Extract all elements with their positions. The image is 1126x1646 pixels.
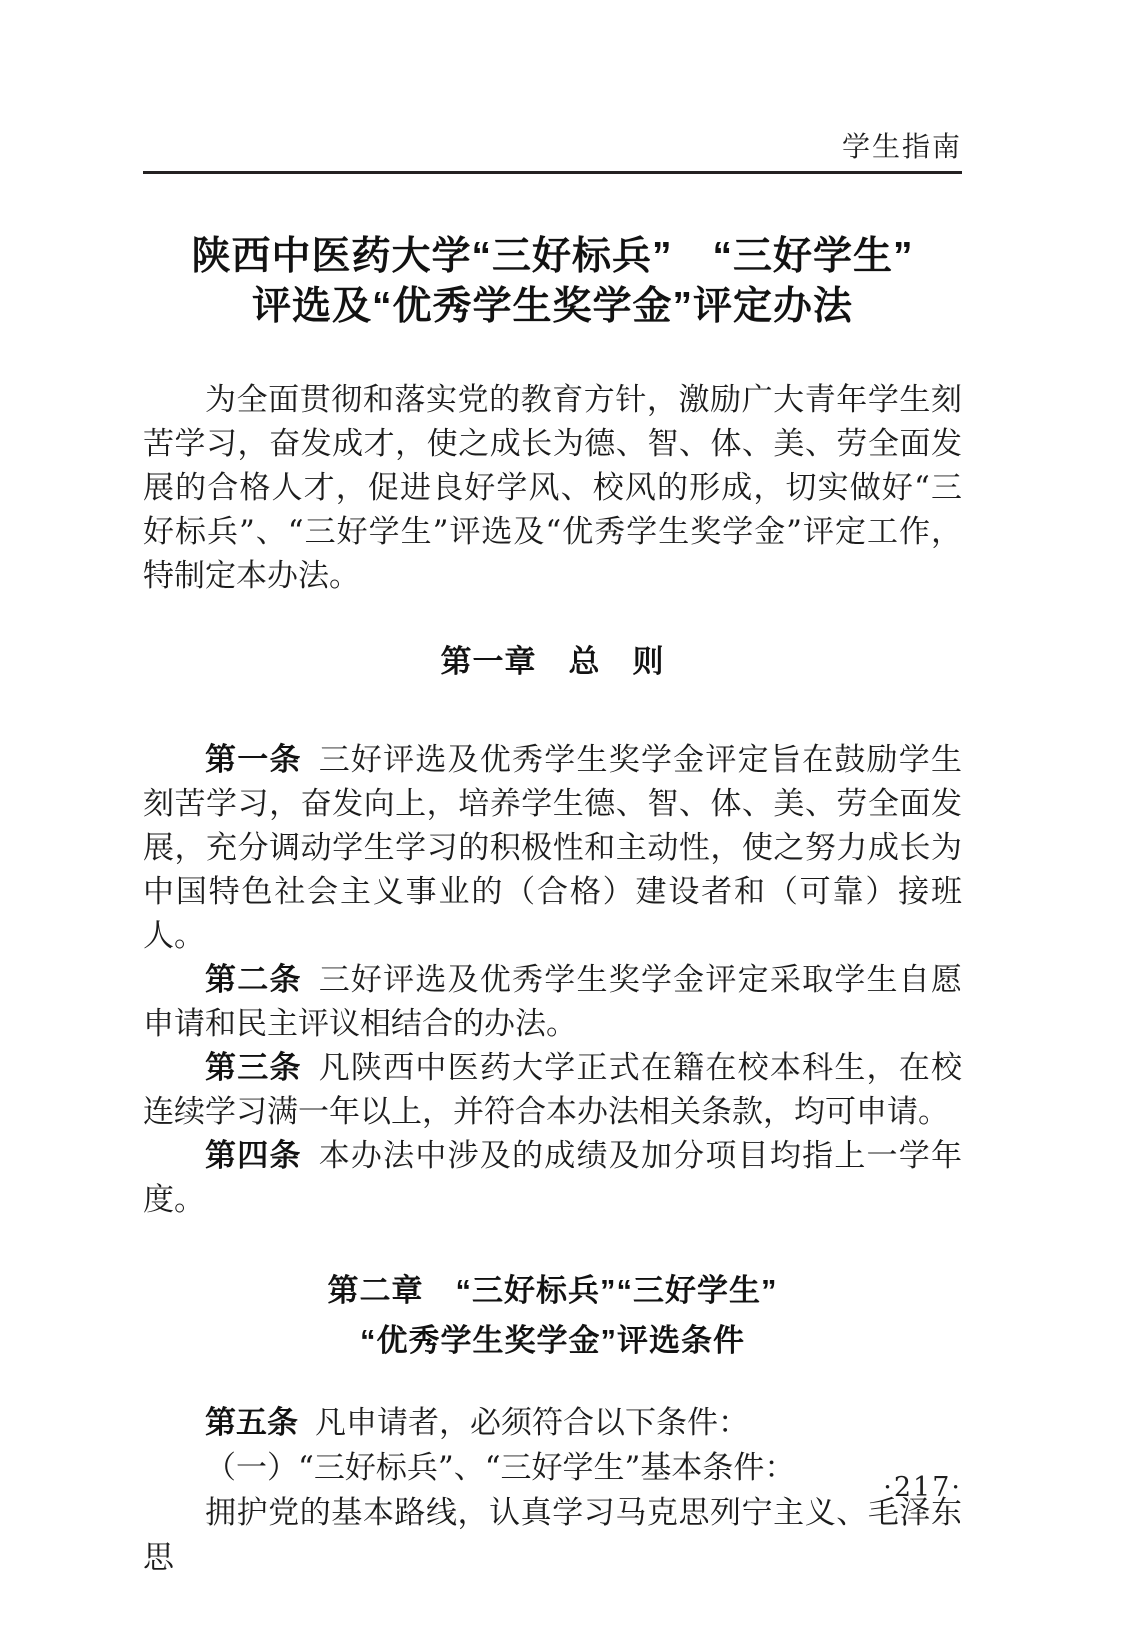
article-5-text: 凡申请者，必须符合以下条件：: [315, 1405, 749, 1441]
page-content: 学生指南 陕西中医药大学“三好标兵” “三好学生” 评选及“优秀学生奖学金”评定…: [143, 0, 962, 1646]
article-5-label: 第五条: [205, 1405, 298, 1440]
article-2: 第二条三好评选及优秀学生奖学金评定采取学生自愿申请和民主评议相结合的办法。: [143, 958, 962, 1046]
article-2-label: 第二条: [205, 962, 302, 997]
header-rule: [143, 171, 962, 174]
document-title-line1: 陕西中医药大学“三好标兵” “三好学生”: [143, 232, 962, 282]
document-title: 陕西中医药大学“三好标兵” “三好学生” 评选及“优秀学生奖学金”评定办法: [143, 232, 962, 332]
article-3-label: 第三条: [205, 1050, 302, 1085]
condition-item-1: （一）“三好标兵”、“三好学生”基本条件：: [143, 1446, 962, 1491]
article-4: 第四条本办法中涉及的成绩及加分项目均指上一学年度。: [143, 1134, 962, 1222]
document-page: 学生指南 陕西中医药大学“三好标兵” “三好学生” 评选及“优秀学生奖学金”评定…: [0, 0, 1126, 1646]
article-5: 第五条凡申请者，必须符合以下条件：: [143, 1400, 962, 1446]
running-header: 学生指南: [143, 130, 962, 164]
intro-paragraph: 为全面贯彻和落实党的教育方针，激励广大青年学生刻苦学习，奋发成才，使之成长为德、…: [143, 378, 962, 598]
condition-item-2: 拥护党的基本路线，认真学习马克思列宁主义、毛泽东思: [143, 1491, 962, 1581]
chapter2-heading-line1: 第二章 “三好标兵”“三好学生”: [143, 1266, 962, 1316]
article-3: 第三条凡陕西中医药大学正式在籍在校本科生，在校连续学习满一年以上，并符合本办法相…: [143, 1046, 962, 1134]
chapter1-heading: 第一章 总 则: [143, 640, 962, 684]
chapter2-body: 第五条凡申请者，必须符合以下条件： （一）“三好标兵”、“三好学生”基本条件： …: [143, 1400, 962, 1581]
article-1-label: 第一条: [205, 742, 302, 777]
article-4-label: 第四条: [205, 1138, 302, 1173]
page-number: ·217·: [883, 1472, 962, 1504]
chapter2-heading: 第二章 “三好标兵”“三好学生” “优秀学生奖学金”评选条件: [143, 1266, 962, 1366]
document-title-line2: 评选及“优秀学生奖学金”评定办法: [143, 282, 962, 332]
article-1: 第一条三好评选及优秀学生奖学金评定旨在鼓励学生刻苦学习，奋发向上，培养学生德、智…: [143, 738, 962, 958]
chapter2-heading-line2: “优秀学生奖学金”评选条件: [143, 1316, 962, 1366]
